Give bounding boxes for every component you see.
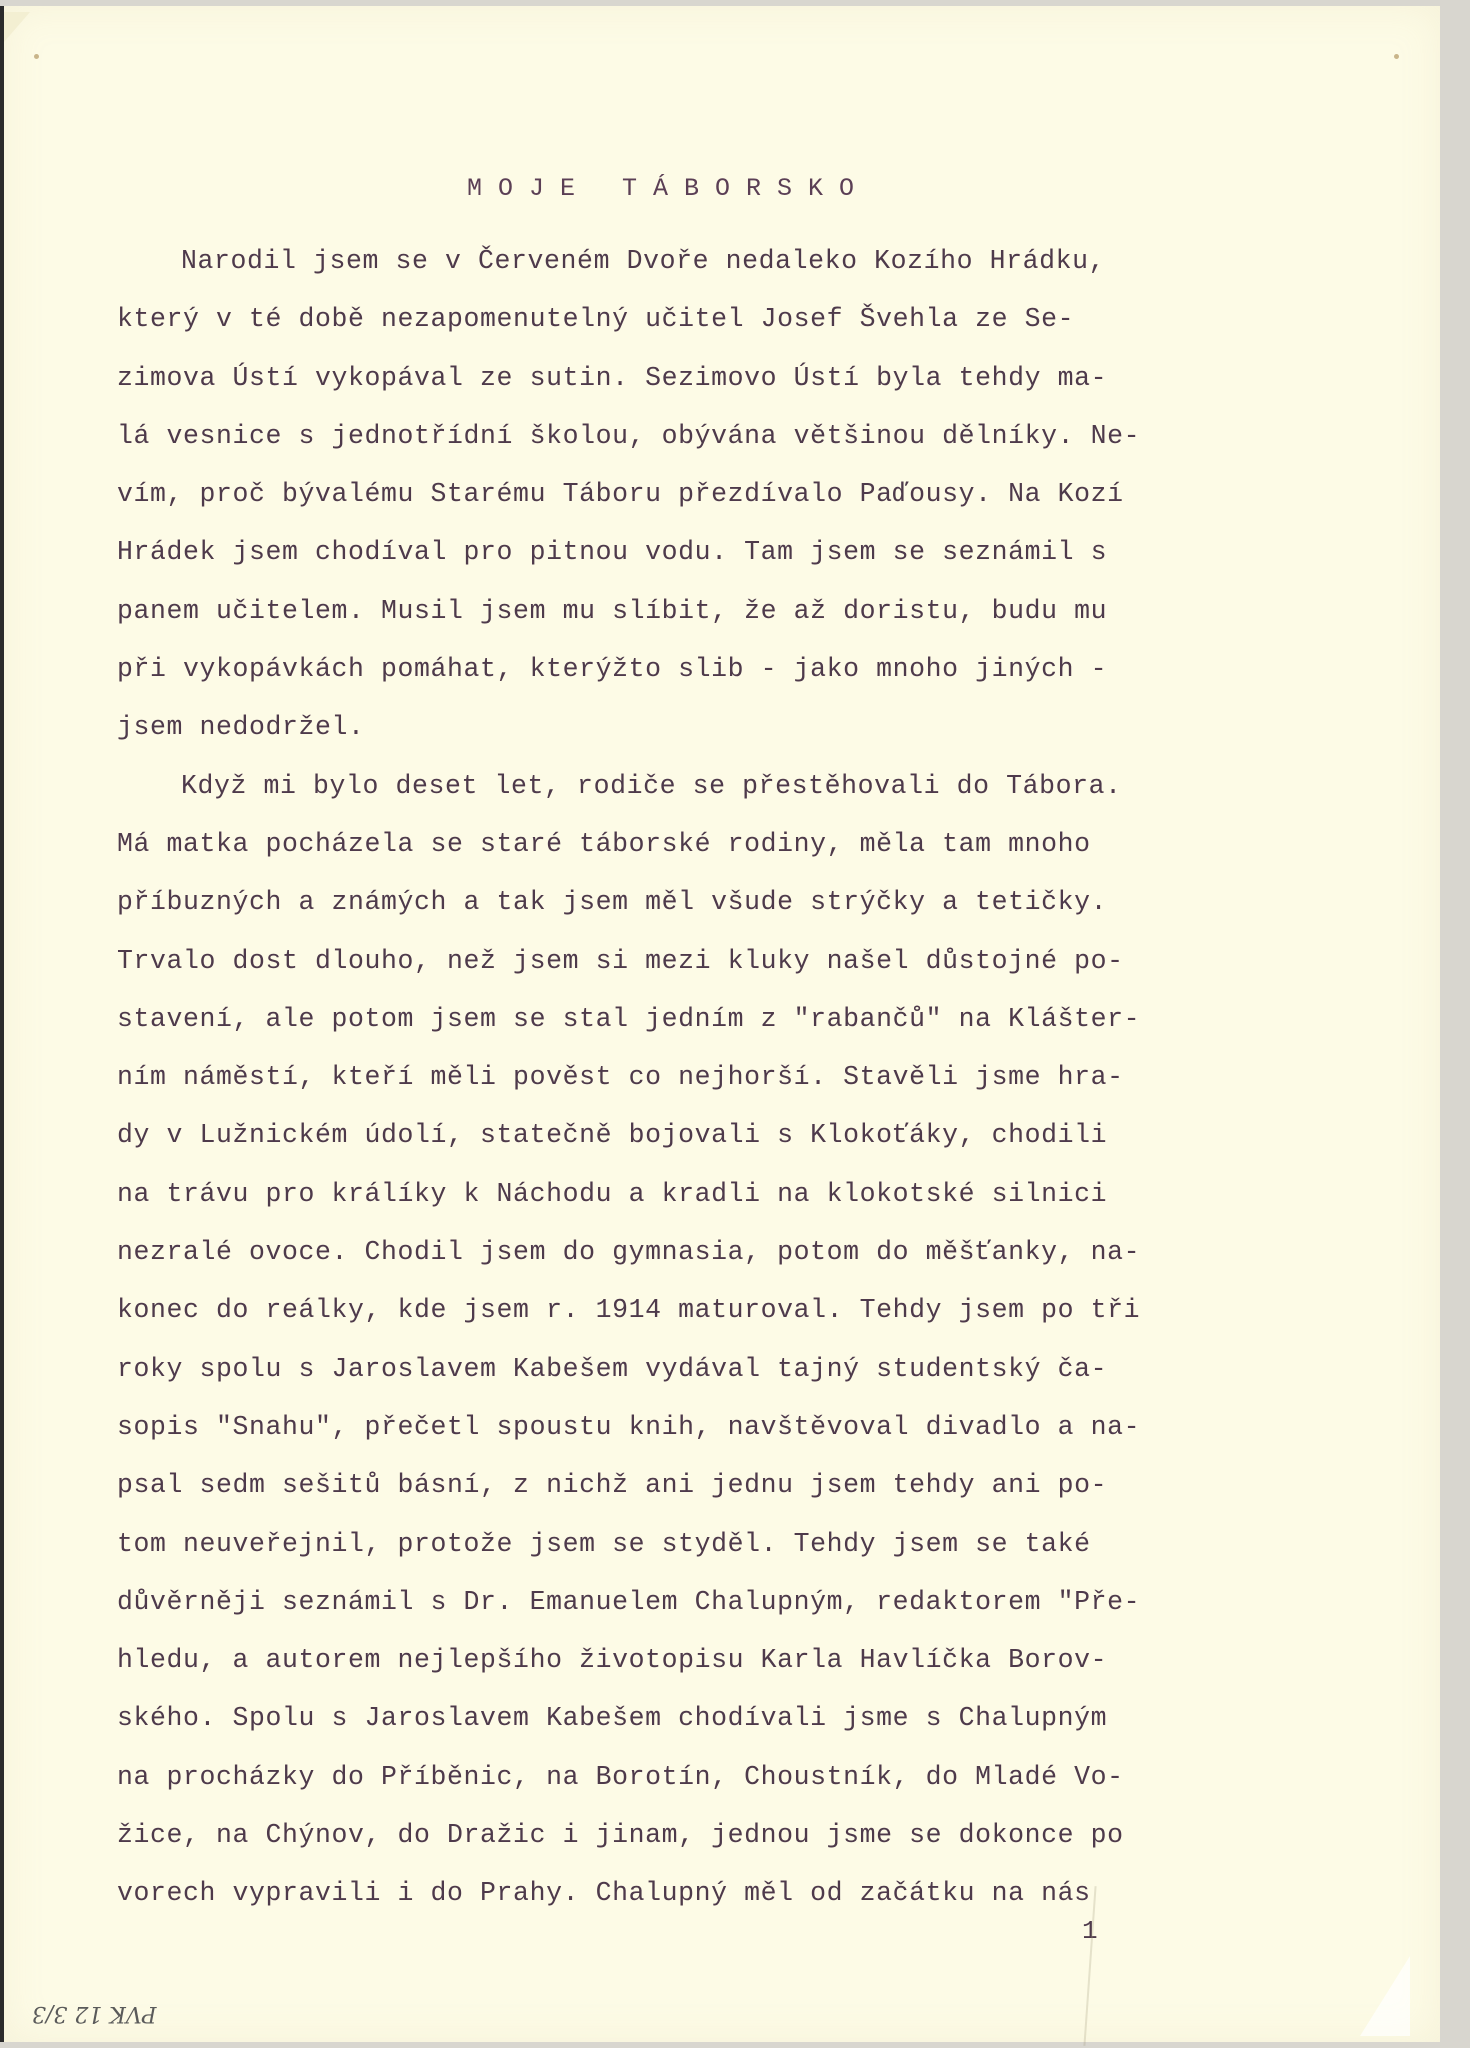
text-line: vorech vypravili i do Prahy. Chalupný mě…	[117, 1864, 1269, 1922]
text-line: ním náměstí, kteří měli pověst co nejhor…	[117, 1048, 1269, 1106]
text-line: na trávu pro králíky k Náchodu a kradli …	[117, 1165, 1269, 1223]
document-page: MOJE TÁBORSKO Narodil jsem se v Červeném…	[4, 6, 1440, 2042]
text-line: příbuzných a známých a tak jsem měl všud…	[117, 873, 1269, 931]
text-line: lá vesnice s jednotřídní školou, obývána…	[117, 407, 1269, 465]
paragraph: Když mi bylo deset let, rodiče se přestě…	[149, 757, 1269, 1923]
paragraph: Narodil jsem se v Červeném Dvoře nedalek…	[149, 232, 1269, 757]
folded-corner-bottom-right	[1360, 1956, 1410, 2036]
text-line: tom neuveřejnil, protože jsem se styděl.…	[117, 1515, 1269, 1573]
text-line: Hrádek jsem chodíval pro pitnou vodu. Ta…	[117, 523, 1269, 581]
handwritten-archive-note: PVK 12 3/3	[32, 2001, 157, 2026]
paper-speck	[1394, 54, 1399, 59]
document-body: Narodil jsem se v Červeném Dvoře nedalek…	[149, 232, 1269, 1923]
text-line: žice, na Chýnov, do Dražic i jinam, jedn…	[117, 1806, 1269, 1864]
text-line: zimova Ústí vykopával ze sutin. Sezimovo…	[117, 349, 1269, 407]
text-line: ského. Spolu s Jaroslavem Kabešem chodív…	[117, 1689, 1269, 1747]
text-line: roky spolu s Jaroslavem Kabešem vydával …	[117, 1340, 1269, 1398]
document-title: MOJE TÁBORSKO	[467, 174, 870, 203]
text-line: hledu, a autorem nejlepšího životopisu K…	[117, 1631, 1269, 1689]
text-line: při vykopávkách pomáhat, kterýžto slib -…	[117, 640, 1269, 698]
text-line: psal sedm sešitů básní, z nichž ani jedn…	[117, 1456, 1269, 1514]
text-line: Má matka pocházela se staré táborské rod…	[117, 815, 1269, 873]
folded-corner-top-left	[4, 12, 30, 42]
text-line: nezralé ovoce. Chodil jsem do gymnasia, …	[117, 1223, 1269, 1281]
text-line: vím, proč bývalému Starému Táboru přezdí…	[117, 465, 1269, 523]
text-line: Když mi bylo deset let, rodiče se přestě…	[149, 757, 1269, 815]
text-line: Trvalo dost dlouho, než jsem si mezi klu…	[117, 932, 1269, 990]
text-line: Narodil jsem se v Červeném Dvoře nedalek…	[149, 232, 1269, 290]
text-line: stavení, ale potom jsem se stal jedním z…	[117, 990, 1269, 1048]
paper-speck	[34, 54, 39, 59]
text-line: důvěrněji seznámil s Dr. Emanuelem Chalu…	[117, 1573, 1269, 1631]
text-line: dy v Lužnickém údolí, statečně bojovali …	[117, 1106, 1269, 1164]
text-line: který v té době nezapomenutelný učitel J…	[117, 290, 1269, 348]
text-line: panem učitelem. Musil jsem mu slíbit, že…	[117, 582, 1269, 640]
text-line: jsem nedodržel.	[117, 698, 1269, 756]
text-line: na procházky do Příběnic, na Borotín, Ch…	[117, 1748, 1269, 1806]
text-line: konec do reálky, kde jsem r. 1914 maturo…	[117, 1281, 1269, 1339]
text-line: sopis "Snahu", přečetl spoustu knih, nav…	[117, 1398, 1269, 1456]
